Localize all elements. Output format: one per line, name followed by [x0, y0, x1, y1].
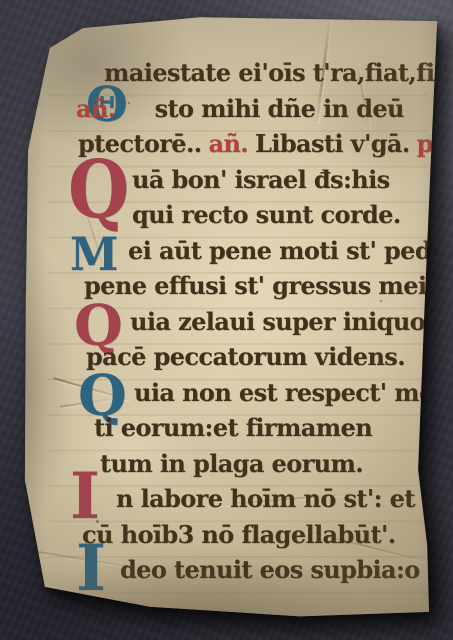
- text-run: n labore hoīm nō st': et: [116, 484, 415, 513]
- text-run: uā bon' israel đs:his: [132, 165, 390, 194]
- manuscript-line: uia zelaui super iniquos:: [58, 304, 453, 339]
- manuscript-line: tum in plaga eorum.: [58, 446, 453, 481]
- text-block: Θ Q M Q Q I I maiestate ei'oīs t'ra,fiat…: [58, 55, 430, 615]
- rubric-text: añ.: [208, 129, 248, 158]
- manuscript-line: cū hoīb3 nō flagellabūt'.: [58, 517, 453, 552]
- vellum-leaf: Θ Q M Q Q I I maiestate ei'oīs t'ra,fiat…: [0, 0, 453, 640]
- manuscript-line: deo tenuit eos supbia:o: [58, 552, 453, 587]
- text-run: qui recto sunt corde.: [132, 200, 401, 229]
- text-run: ei aūt pene moti st' ped3:: [128, 236, 453, 265]
- rubric-text: añ.: [76, 94, 116, 123]
- manuscript-line: uā bon' israel đs:his: [58, 162, 453, 197]
- rubric-text: ps̄.: [417, 129, 453, 158]
- manuscript-line: ei aūt pene moti st' ped3:: [58, 233, 453, 268]
- leaf-shadow: Θ Q M Q Q I I maiestate ei'oīs t'ra,fiat…: [0, 0, 453, 640]
- manuscript-photo: Θ Q M Q Q I I maiestate ei'oīs t'ra,fiat…: [0, 0, 453, 640]
- text-run: pacē peccatorum videns.: [86, 342, 405, 371]
- text-run: ptectorē..: [78, 129, 201, 158]
- text-run: tum in plaga eorum.: [100, 449, 363, 478]
- manuscript-line: ptectorē..añ.Libasti v'gā.ps̄.: [58, 126, 450, 161]
- manuscript-line: añ.sto mihi dñe in deū: [58, 91, 448, 126]
- manuscript-line: n labore hoīm nō st': et: [58, 481, 453, 516]
- text-run: cū hoīb3 nō flagellabūt'.: [82, 520, 396, 549]
- text-run: ti eorum:et firmamen: [94, 413, 372, 442]
- manuscript-line: maiestate ei'oīs t'ra,fiat,fiat.: [58, 55, 453, 90]
- text-run: uia zelaui super iniquos:: [130, 307, 446, 336]
- text-run: deo tenuit eos supbia:o: [120, 555, 420, 584]
- text-run: maiestate ei'oīs t'ra,fiat,fiat.: [104, 58, 453, 87]
- manuscript-line: qui recto sunt corde.: [58, 197, 453, 232]
- text-run: Libasti v'gā.: [255, 129, 410, 158]
- manuscript-line: pene effusi st' gressus mei.: [58, 268, 453, 303]
- text-run: pene effusi st' gressus mei.: [84, 271, 434, 300]
- manuscript-line: pacē peccatorum videns.: [58, 339, 453, 374]
- manuscript-line: ti eorum:et firmamen: [58, 410, 453, 445]
- text-run: sto mihi dñe in deū: [155, 94, 404, 123]
- manuscript-line: uia non est respect' mor: [58, 375, 453, 410]
- text-run: uia non est respect' mor: [134, 378, 446, 407]
